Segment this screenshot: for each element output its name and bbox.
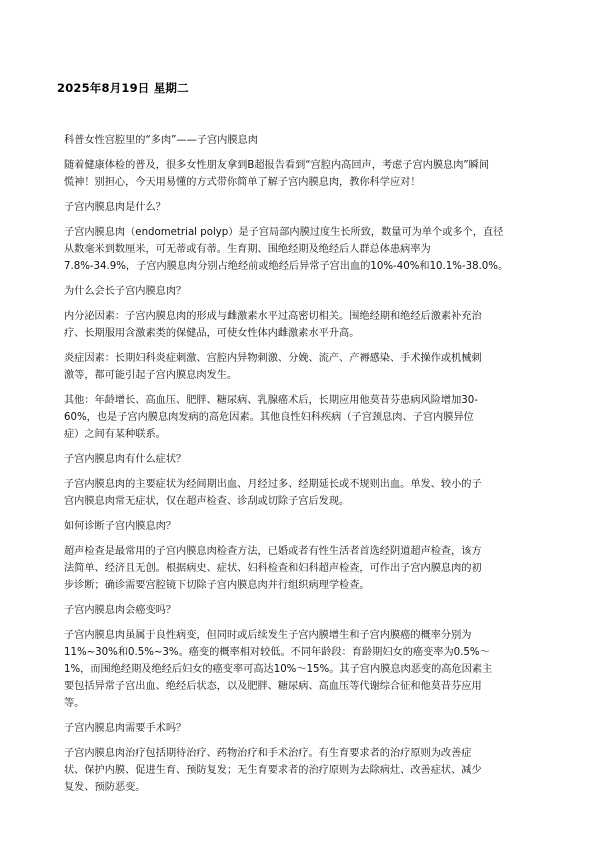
text-line: 7.8%-34.9%，子宫内膜息肉分别占绝经前或绝经后异常子宫出血的10%-40… (64, 258, 540, 275)
text-line: 复发、预防恶变。 (64, 779, 540, 796)
article: 科普女性宫腔里的“多肉”——子宫内膜息肉 随着健康体检的普及，很多女性朋友拿到B… (64, 132, 540, 804)
text-line: 子宫内膜息肉（endometrial polyp）是子宫局部内膜过度生长所致，数… (64, 224, 540, 241)
text-line: 11%~30%和0.5%~3%。癌变的概率相对较低。不同年龄段：育龄期妇女的癌变… (64, 644, 540, 661)
text-line: 子宫内膜息肉治疗包括期待治疗、药物治疗和手术治疗。有生育要求者的治疗原则为改善症 (64, 745, 540, 762)
paragraph-other: 其他：年龄增长、高血压、肥胖、糖尿病、乳腺癌术后，长期应用他莫昔芬患病风险增加3… (64, 392, 540, 443)
text-line: 其他：年龄增长、高血压、肥胖、糖尿病、乳腺癌术后，长期应用他莫昔芬患病风险增加3… (64, 392, 540, 409)
section-heading-what: 子宫内膜息肉是什么？ (64, 199, 540, 216)
text-line: 1%，而围绝经期及绝经后妇女的癌变率可高达10%～15%。其子宫内膜息肉恶变的高… (64, 661, 540, 678)
section-heading-surgery: 子宫内膜息肉需要手术吗？ (64, 720, 540, 737)
paragraph: 子宫内膜息肉的主要症状为经间期出血、月经过多、经期延长或不规则出血。单发、较小的… (64, 476, 540, 510)
text-line: 炎症因素：长期妇科炎症刺激、宫腔内异物刺激、分娩、流产、产褥感染、手术操作或机械… (64, 350, 540, 367)
paragraph: 超声检查是最常用的子宫内膜息肉检查方法，已婚或者有性生活者首选经阴道超声检查，该… (64, 543, 540, 594)
text-line: 慌神！别担心，今天用易懂的方式带你简单了解子宫内膜息肉，教你科学应对！ (64, 174, 540, 191)
text-line: 要包括异常子宫出血、绝经后状态，以及肥胖、糖尿病、高血压等代谢综合征和他莫昔芬应… (64, 678, 540, 695)
text-line: 等。 (64, 695, 540, 712)
date-header: 2025年8月19日 星期二 (57, 80, 189, 96)
section-heading-diagnosis: 如何诊断子宫内膜息肉？ (64, 518, 540, 535)
section-heading-malignancy: 子宫内膜息肉会癌变吗？ (64, 602, 540, 619)
section-heading-causes: 为什么会长子宫内膜息肉？ (64, 283, 540, 300)
intro-paragraph: 随着健康体检的普及，很多女性朋友拿到B超报告看到“宫腔内高回声，考虑子宫内膜息肉… (64, 157, 540, 191)
paragraph: 子宫内膜息肉虽属于良性病变，但同时或后续发生子宫内膜增生和子宫内膜癌的概率分别为… (64, 627, 540, 712)
paragraph: 子宫内膜息肉治疗包括期待治疗、药物治疗和手术治疗。有生育要求者的治疗原则为改善症… (64, 745, 540, 796)
text-line: 激等，都可能引起子宫内膜息肉发生。 (64, 367, 540, 384)
text-line: 60%，也是子宫内膜息肉发病的高危因素。其他良性妇科疾病（子宫颈息肉、子宫内膜异… (64, 409, 540, 426)
article-title: 科普女性宫腔里的“多肉”——子宫内膜息肉 (64, 132, 540, 149)
text-line: 症）之间有某种联系。 (64, 426, 540, 443)
text-line: 宫内膜息肉常无症状，仅在超声检查、诊刮或切除子宫后发现。 (64, 493, 540, 510)
paragraph-endocrine: 内分泌因素：子宫内膜息肉的形成与雌激素水平过高密切相关。围绝经期和绝经后激素补充… (64, 308, 540, 342)
text-line: 随着健康体检的普及，很多女性朋友拿到B超报告看到“宫腔内高回声，考虑子宫内膜息肉… (64, 157, 540, 174)
section-heading-symptoms: 子宫内膜息肉有什么症状？ (64, 451, 540, 468)
paragraph: 子宫内膜息肉（endometrial polyp）是子宫局部内膜过度生长所致，数… (64, 224, 540, 275)
text-line: 疗、长期服用含激素类的保健品，可使女性体内雌激素水平升高。 (64, 325, 540, 342)
text-line: 超声检查是最常用的子宫内膜息肉检查方法，已婚或者有性生活者首选经阴道超声检查，该… (64, 543, 540, 560)
text-line: 法简单、经济且无创。根据病史、症状、妇科检查和妇科超声检查，可作出子宫内膜息肉的… (64, 560, 540, 577)
text-line: 子宫内膜息肉的主要症状为经间期出血、月经过多、经期延长或不规则出血。单发、较小的… (64, 476, 540, 493)
text-line: 状、保护内膜、促进生育、预防复发；无生育要求者的治疗原则为去除病灶、改善症状、减… (64, 762, 540, 779)
text-line: 步诊断；确诊需要宫腔镜下切除子宫内膜息肉并行组织病理学检查。 (64, 577, 540, 594)
paragraph-inflammation: 炎症因素：长期妇科炎症刺激、宫腔内异物刺激、分娩、流产、产褥感染、手术操作或机械… (64, 350, 540, 384)
text-line: 内分泌因素：子宫内膜息肉的形成与雌激素水平过高密切相关。围绝经期和绝经后激素补充… (64, 308, 540, 325)
text-line: 子宫内膜息肉虽属于良性病变，但同时或后续发生子宫内膜增生和子宫内膜癌的概率分别为 (64, 627, 540, 644)
text-line: 从数毫米到数厘米，可无蒂或有蒂。生育期、围绝经期及绝经后人群总体患病率为 (64, 241, 540, 258)
